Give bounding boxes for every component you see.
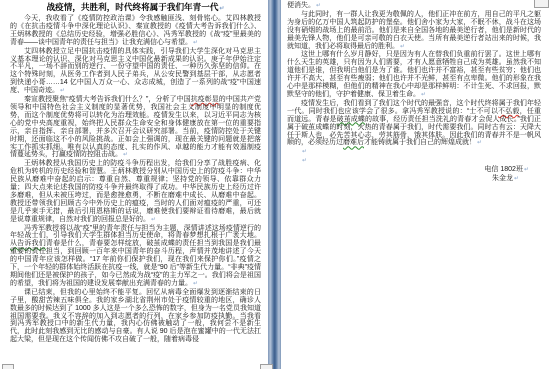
paragraph: 课已结束，但我的心里始终不能平复。回忆从病毒全面爆发到逐渐结束的日子里，酸甜苦辣… (10, 289, 261, 344)
text-run: 今天，我收看了《疫情防控政治课》令我感触匪浅、刻骨铭心。艾四林教授的《在抗击疫情… (10, 15, 261, 46)
paragraph-mark-icon: ↵ (301, 158, 307, 164)
paragraph: ↵ (287, 148, 541, 157)
spellcheck-marked-text: 破茧成蝶 (337, 116, 365, 123)
paragraph: 今天，我收看了《疫情防控政治课》令我感触匪浅、刻骨铭心。艾四林教授的《在抗击疫情… (10, 15, 261, 48)
paragraph-mark-icon: ↵ (192, 40, 198, 46)
paragraph: 秦宣教授聚焦“疫情大考告诉我们什么？”，分析了中国抗疫彰显的中国共产党领导和中国… (10, 96, 261, 160)
text-run: 秦宣教授聚焦“疫情大考告诉我们什么？”，分析了中国 (24, 96, 191, 103)
paragraph: 便消失。↵ (287, 2, 541, 11)
paragraph-mark-icon: ↵ (420, 92, 426, 98)
text-run: 才能铸就属于我们自己的辉煌成就！ (364, 139, 476, 146)
paragraph-mark-icon: ↵ (150, 217, 156, 223)
paragraph-mark-icon: ↵ (513, 176, 519, 182)
paragraph-mark-icon: ↵ (301, 149, 307, 155)
paragraph: ↵ (287, 157, 541, 166)
text-run: 朱金龙 (492, 175, 513, 182)
spellcheck-marked-text: 抗疫彰显 (191, 96, 219, 103)
text-run: 冯秀军教授将以战“疫”里的青年责任与担当为主题，深情讲述这场疫情逆行的年轻战士们… (10, 225, 261, 240)
paragraph: 艾四林教授立足中国抗击疫情的具体实践，引导我们大学生深化对马克思主义基本理论的认… (10, 48, 261, 96)
paragraph: 这世上哪有什么岁月静好，只是因为有人在替我们负重前行罢了。这世上哪有什么天生的英… (287, 51, 541, 99)
paragraph-mark-icon: ↵ (122, 152, 128, 158)
paragraph: 冯秀军教授将以战“疫”里的青年责任与担当为主题，深情讲述这场疫情逆行的年轻战士们… (10, 225, 261, 289)
paragraph-mark-icon: ↵ (399, 44, 405, 50)
text-run: 这世上哪有什么岁月静好，只是因为有人在替我们负重前行罢了。这世上哪有什么天生的英… (287, 51, 541, 98)
paragraph-mark-icon: ↵ (523, 167, 529, 173)
page-1: 战疫情，共胜利，时代终将属于我们年青一代↵今天，我收看了《疫情防控政治课》令我感… (0, 0, 268, 369)
paragraph-mark-icon: ↵ (218, 6, 224, 12)
paragraph-mark-icon: ↵ (315, 3, 321, 9)
paragraph: 王炳林教授从我国历史上的防疫斗争历程出发，给我们分享了战胜疫病、化危机为转机的历… (10, 160, 261, 224)
spellcheck-marked-text: 不弘毅 (498, 108, 520, 115)
scrollbar-top-fragment[interactable] (534, 0, 549, 8)
paragraph-mark-icon: ↵ (192, 281, 198, 287)
signature-line: 朱金龙↵ (287, 175, 541, 184)
text-run: 王炳林教授从我国历史上的防疫斗争历程出发，给我们分享了战胜疫病、化危机为转机的历… (10, 160, 261, 222)
document-viewer: 战疫情，共胜利，时代终将属于我们年青一代↵今天，我收看了《疫情防控政治课》令我感… (0, 0, 549, 369)
scrollbar-bottom-mid-fragment[interactable] (260, 364, 273, 369)
page-2: 便消失。↵与此同时，有一群人让我更为敬佩的人，他们正冲在前方，用自己的平凡之躯为… (281, 0, 549, 369)
signature-line: 电信 1802班↵ (287, 166, 541, 175)
text-run: 战疫情，共胜利，时代终将属于我们年青一代 (47, 2, 219, 12)
text-run: 与此同时，有一群人让我更为敬佩的人，他们正冲在前方，用自己的平凡之躯为身后的亿万… (287, 11, 541, 50)
paragraph-mark-icon: ↵ (476, 140, 482, 146)
spellcheck-marked-text: 从告诉我们 (10, 240, 46, 247)
spellcheck-marked-text: 磨难后 (343, 139, 364, 146)
document-title: 战疫情，共胜利，时代终将属于我们年青一代↵ (10, 2, 261, 15)
scrollbar-bottom-left-fragment[interactable] (2, 364, 14, 369)
text-run: 青春是什么，青春要怎样绽放，破茧成蝶的责任担当到我国是我们最重要的责任担当，到回… (10, 240, 261, 287)
text-run: 课已结束，但我的心里始终不能平复。回忆从病毒全面爆发到逐渐结束的日子里，酸甜苦辣… (10, 289, 261, 343)
text-run: 的中国共产党领导和中国特色社会主义制度的显著优势，我国社会主义制度中明显的制度优… (10, 96, 261, 158)
text-run: 电信 1802班 (484, 166, 523, 173)
paragraph-mark-icon: ↵ (59, 88, 65, 94)
text-run: 艾四林教授立足中国抗击疫情的具体实践，引导我们大学生深化对马克思主义基本理论的认… (10, 48, 261, 95)
paragraph: 与此同时，有一群人让我更为敬佩的人，他们正冲在前方，用自己的平凡之躯为身后的亿万… (287, 11, 541, 52)
text-run: 便消失。 (287, 2, 315, 9)
page-gap-divider (268, 0, 281, 369)
paragraph: 疫情发生后，我们看到了我们这个时代的最强音，这个时代终将属于我们年轻一代。同时我… (287, 100, 541, 148)
